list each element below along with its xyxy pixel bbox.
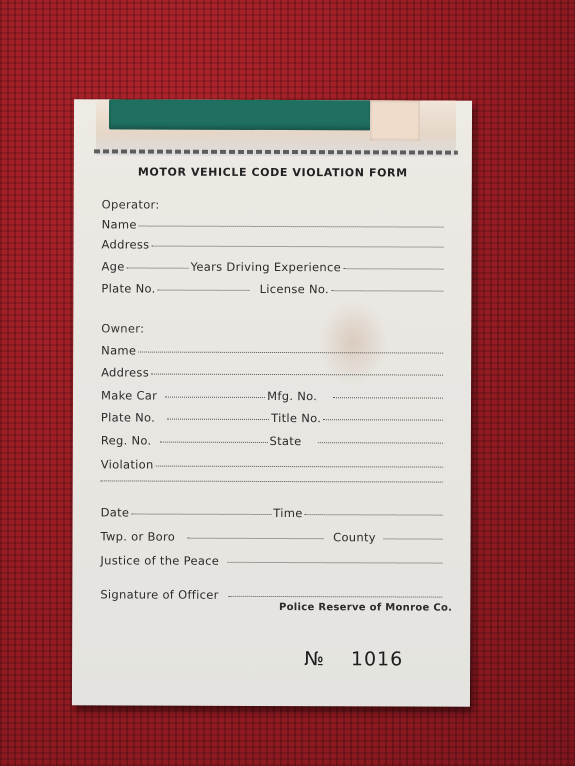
date-label: Date	[101, 505, 130, 519]
mfg-no-line[interactable]	[333, 396, 443, 398]
owner-name-label: Name	[101, 343, 136, 357]
license-no-line[interactable]	[331, 289, 443, 291]
serial-value: 1016	[351, 648, 403, 670]
signature-label: Signature of Officer	[100, 587, 218, 601]
violation-label: Violation	[101, 457, 154, 471]
state-line[interactable]	[317, 441, 442, 443]
twp-county-row: Twp. or Boro County	[101, 529, 445, 544]
license-no-label: License No.	[260, 282, 329, 296]
reg-no-label: Reg. No.	[101, 433, 152, 447]
violation-field[interactable]: Violation	[101, 457, 445, 472]
operator-plate-label: Plate No.	[101, 281, 155, 295]
number-symbol: №	[304, 648, 325, 670]
time-label: Time	[273, 506, 302, 520]
operator-heading: Operator:	[102, 197, 160, 211]
title-no-line[interactable]	[323, 418, 443, 420]
green-binding-tape	[109, 99, 371, 130]
mfg-no-label: Mfg. No.	[267, 389, 317, 403]
state-label: State	[269, 434, 301, 448]
owner-address-field[interactable]: Address	[101, 365, 445, 380]
operator-plate-line[interactable]	[158, 289, 250, 291]
age-label: Age	[101, 259, 124, 273]
years-driving-label: Years Driving Experience	[191, 260, 341, 275]
make-car-line[interactable]	[165, 396, 265, 398]
issuer-label: Police Reserve of Monroe Co.	[279, 602, 452, 614]
justice-field[interactable]: Justice of the Peace	[100, 553, 444, 568]
county-label: County	[333, 530, 376, 544]
county-line[interactable]	[384, 537, 443, 539]
age-line[interactable]	[127, 266, 189, 268]
owner-name-line[interactable]	[138, 351, 443, 354]
operator-name-field[interactable]: Name	[102, 217, 446, 232]
operator-plate-row: Plate No. License No.	[101, 281, 445, 296]
owner-plate-row: Plate No. Title No.	[101, 410, 445, 425]
owner-plate-label: Plate No.	[101, 410, 155, 424]
form-title: MOTOR VEHICLE CODE VIOLATION FORM	[74, 165, 472, 179]
violation-line[interactable]	[156, 465, 443, 468]
violation-extra-field[interactable]	[101, 481, 445, 484]
operator-age-row: Age Years Driving Experience	[101, 259, 445, 274]
operator-name-label: Name	[102, 217, 137, 231]
make-car-label: Make Car	[101, 388, 157, 402]
owner-name-field[interactable]: Name	[101, 343, 445, 358]
violation-extra-line[interactable]	[101, 479, 443, 482]
operator-name-line[interactable]	[139, 225, 444, 228]
operator-address-field[interactable]: Address	[102, 237, 446, 252]
owner-address-line[interactable]	[151, 373, 443, 376]
make-car-row: Make Car Mfg. No.	[101, 388, 445, 403]
twp-boro-label: Twp. or Boro	[101, 529, 176, 543]
owner-address-label: Address	[101, 365, 149, 379]
title-no-label: Title No.	[271, 411, 321, 425]
ticket-pad: MOTOR VEHICLE CODE VIOLATION FORM Operat…	[72, 99, 472, 706]
serial-number: №1016	[304, 648, 403, 670]
signature-field[interactable]: Signature of Officer	[100, 587, 444, 602]
operator-section-label: Operator:	[102, 197, 446, 212]
binding-tape-end	[370, 100, 420, 140]
twp-boro-line[interactable]	[187, 537, 323, 539]
operator-address-line[interactable]	[151, 245, 443, 248]
owner-plate-line[interactable]	[167, 418, 269, 420]
reg-no-row: Reg. No. State	[101, 433, 445, 448]
owner-heading: Owner:	[101, 321, 144, 335]
operator-address-label: Address	[102, 237, 150, 251]
justice-label: Justice of the Peace	[100, 553, 219, 567]
signature-line[interactable]	[229, 595, 443, 598]
time-line[interactable]	[305, 513, 443, 515]
years-driving-line[interactable]	[343, 267, 443, 269]
justice-line[interactable]	[227, 561, 442, 564]
date-line[interactable]	[131, 513, 271, 515]
date-time-row: Date Time	[101, 505, 445, 520]
owner-section-label: Owner:	[101, 321, 445, 336]
reg-no-line[interactable]	[160, 441, 268, 443]
